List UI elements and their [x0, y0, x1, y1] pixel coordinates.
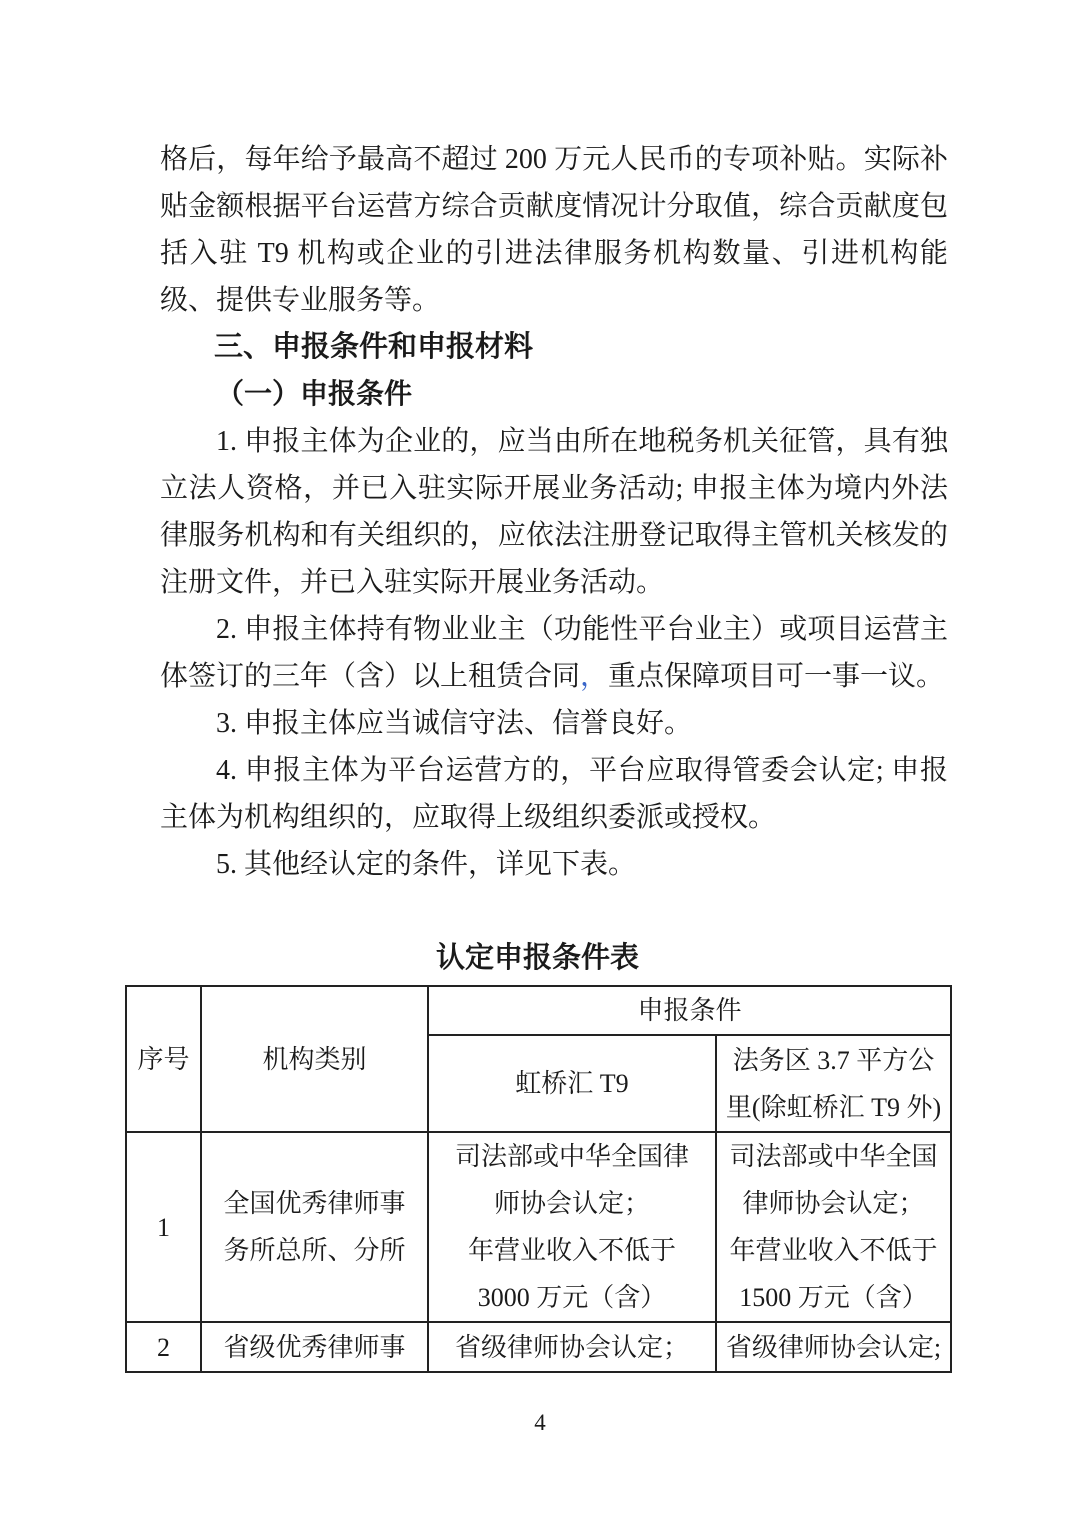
cell-row1-zone: 司法部或中华全国 律师协会认定； 年营业收入不低于 1500 万元（含）	[716, 1132, 951, 1322]
cell-row1-t9: 司法部或中华全国律 师协会认定； 年营业收入不低于 3000 万元（含）	[428, 1132, 716, 1322]
list-item-2-blue-comma: ，	[580, 661, 608, 692]
subsection-heading: （一）申报条件	[160, 371, 948, 418]
list-item-4: 4. 申报主体为平台运营方的，平台应取得管委会认定; 申报主体为机构组织的，应取…	[160, 747, 948, 841]
section-heading: 三、申报条件和申报材料	[160, 324, 948, 371]
table-header-row-1: 序号 机构类别 申报条件	[126, 986, 951, 1035]
cell-row1-seq: 1	[126, 1132, 201, 1322]
header-category: 机构类别	[201, 986, 428, 1132]
header-legal-zone: 法务区 3.7 平方公 里(除虹桥汇 T9 外)	[716, 1035, 951, 1132]
list-item-2-text-after: 重点保障项目可一事一议。	[608, 661, 944, 692]
table-row: 1 全国优秀律师事 务所总所、分所 司法部或中华全国律 师协会认定； 年营业收入…	[126, 1132, 951, 1322]
cell-row1-category: 全国优秀律师事 务所总所、分所	[201, 1132, 428, 1322]
document-page: 格后，每年给予最高不超过 200 万元人民币的专项补贴。实际补贴金额根据平台运营…	[0, 0, 1080, 1527]
cell-row2-t9: 省级律师协会认定；	[428, 1322, 716, 1372]
header-conditions: 申报条件	[428, 986, 951, 1035]
cell-row2-category: 省级优秀律师事	[201, 1322, 428, 1372]
table-row: 2 省级优秀律师事 省级律师协会认定； 省级律师协会认定;	[126, 1322, 951, 1372]
header-hongqiao-t9: 虹桥汇 T9	[428, 1035, 716, 1132]
page-number: 4	[0, 1410, 1080, 1436]
paragraph-subsidy-continuation: 格后，每年给予最高不超过 200 万元人民币的专项补贴。实际补贴金额根据平台运营…	[160, 136, 948, 324]
cell-row2-seq: 2	[126, 1322, 201, 1372]
conditions-table-block: 认定申报条件表 序号 机构类别 申报条件 虹桥汇 T9	[125, 938, 950, 1373]
list-item-2: 2. 申报主体持有物业业主（功能性平台业主）或项目运营主体签订的三年（含）以上租…	[160, 606, 948, 700]
header-seq: 序号	[126, 986, 201, 1132]
document-content: 格后，每年给予最高不超过 200 万元人民币的专项补贴。实际补贴金额根据平台运营…	[160, 136, 948, 1373]
conditions-table: 序号 机构类别 申报条件 虹桥汇 T9 法务区 3.7 平方公 里(除虹桥汇 T…	[125, 985, 952, 1373]
list-item-5: 5. 其他经认定的条件，详见下表。	[160, 841, 948, 888]
list-item-1: 1. 申报主体为企业的，应当由所在地税务机关征管，具有独立法人资格，并已入驻实际…	[160, 418, 948, 606]
list-item-3: 3. 申报主体应当诚信守法、信誉良好。	[160, 700, 948, 747]
table-title: 认定申报条件表	[125, 938, 950, 978]
cell-row2-zone: 省级律师协会认定;	[716, 1322, 951, 1372]
